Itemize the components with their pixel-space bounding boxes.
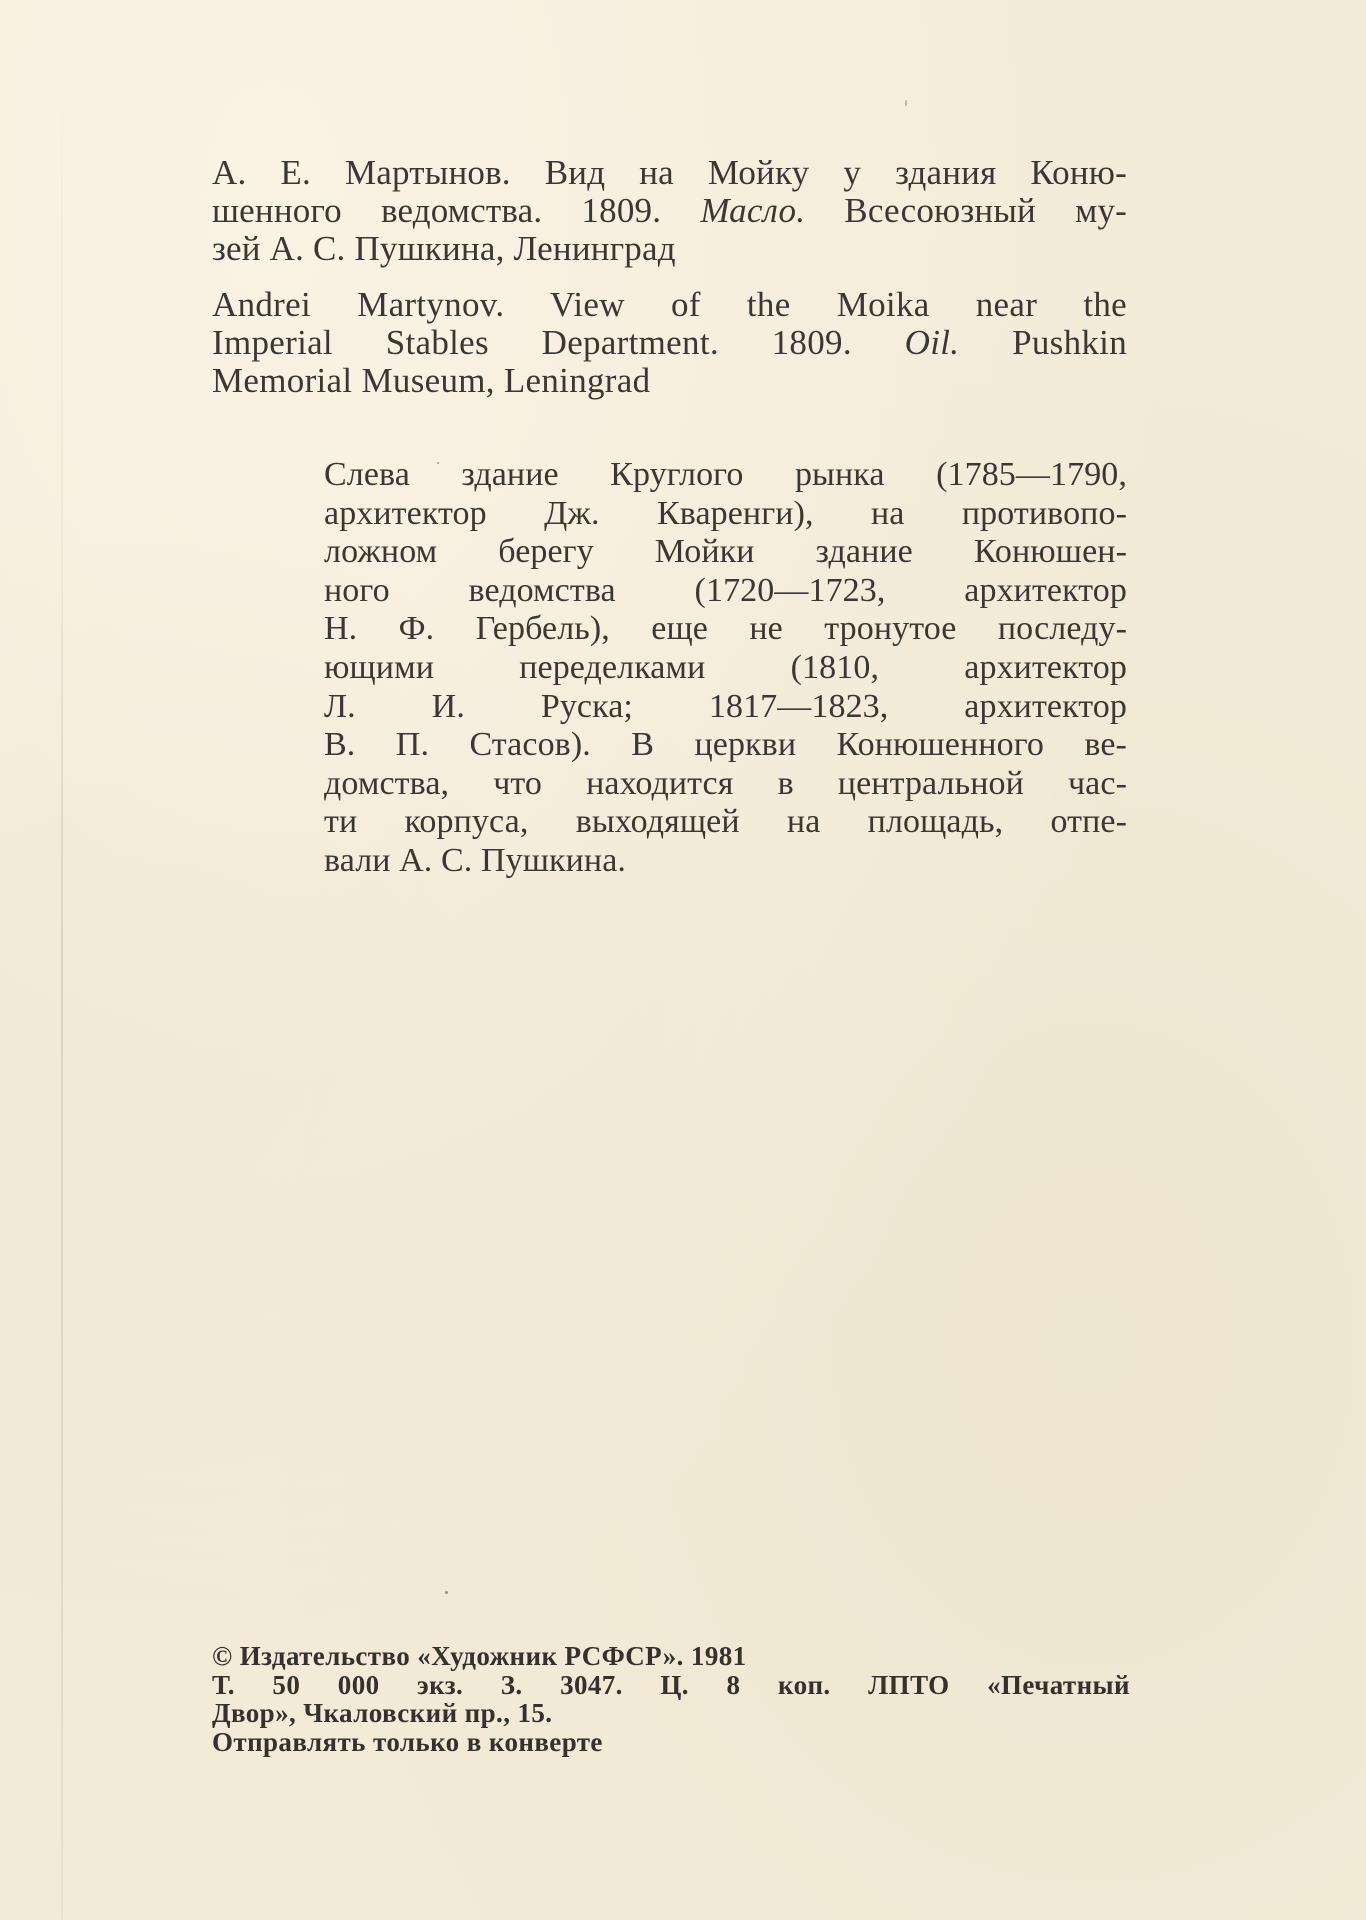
fold-line — [61, 0, 63, 1920]
caption-en-title-end: Imperial Stables Department. 1809. — [212, 323, 852, 362]
description-line: Слева здание Круглого рынка (1785—1790, — [324, 456, 1127, 495]
paper-speck — [445, 1591, 448, 1594]
description-line: архитектор Дж. Кваренги), на противопо- — [324, 495, 1127, 534]
description-line: ти корпуса, выходящей на площадь, отпе- — [324, 803, 1127, 842]
caption-ru-line-3: зей А. С. Пушкина, Ленинград — [212, 230, 1127, 268]
caption-en-line-2: Imperial Stables Department. 1809. Oil. … — [212, 324, 1127, 362]
description-line: домства, что находится в центральной час… — [324, 765, 1127, 804]
caption-en-medium: Oil. — [905, 323, 960, 362]
imprint-copyright-line: © Издательство «Художник РСФСР». 1981 — [212, 1642, 1130, 1671]
caption-russian: А. Е. Мартынов. Вид на Мойку у здания Ко… — [212, 154, 1127, 268]
imprint-mailing-note: Отправлять только в конверте — [212, 1728, 1130, 1757]
description-paragraph: Слева здание Круглого рынка (1785—1790, … — [324, 456, 1127, 881]
caption-ru-line-1: А. Е. Мартынов. Вид на Мойку у здания Ко… — [212, 154, 1127, 192]
imprint-print-details-line: Т. 50 000 экз. З. 3047. Ц. 8 коп. ЛПТО «… — [212, 1671, 1130, 1700]
caption-ru-line-2: шенного ведомства. 1809. Масло. Всесоюзн… — [212, 192, 1127, 230]
imprint-address-line: Двор», Чкаловский пр., 15. — [212, 1699, 1130, 1728]
caption-en-line-1: Andrei Martynov. View of the Moika near … — [212, 286, 1127, 324]
caption-ru-museum-start: Всесоюзный му- — [844, 191, 1127, 230]
description-line: ложном берегу Мойки здание Конюшен- — [324, 533, 1127, 572]
description-line: Л. И. Руска; 1817—1823, архитектор — [324, 688, 1127, 727]
caption-en-line-3: Memorial Museum, Leningrad — [212, 362, 1127, 400]
paper-speck — [905, 100, 907, 106]
description-line: Н. Ф. Гербель), еще не тронутое последу- — [324, 610, 1127, 649]
publisher-imprint: © Издательство «Художник РСФСР». 1981 Т.… — [212, 1642, 1130, 1756]
description-line: В. П. Стасов). В церкви Конюшенного ве- — [324, 726, 1127, 765]
description-line: вали А. С. Пушкина. — [324, 842, 1127, 881]
caption-en-museum-start: Pushkin — [1012, 323, 1127, 362]
caption-english: Andrei Martynov. View of the Moika near … — [212, 286, 1127, 400]
description-line: ного ведомства (1720—1723, архитектор — [324, 572, 1127, 611]
caption-ru-medium: Масло. — [700, 191, 805, 230]
caption-ru-title-end: шенного ведомства. 1809. — [212, 191, 661, 230]
description-line: ющими переделками (1810, архитектор — [324, 649, 1127, 688]
